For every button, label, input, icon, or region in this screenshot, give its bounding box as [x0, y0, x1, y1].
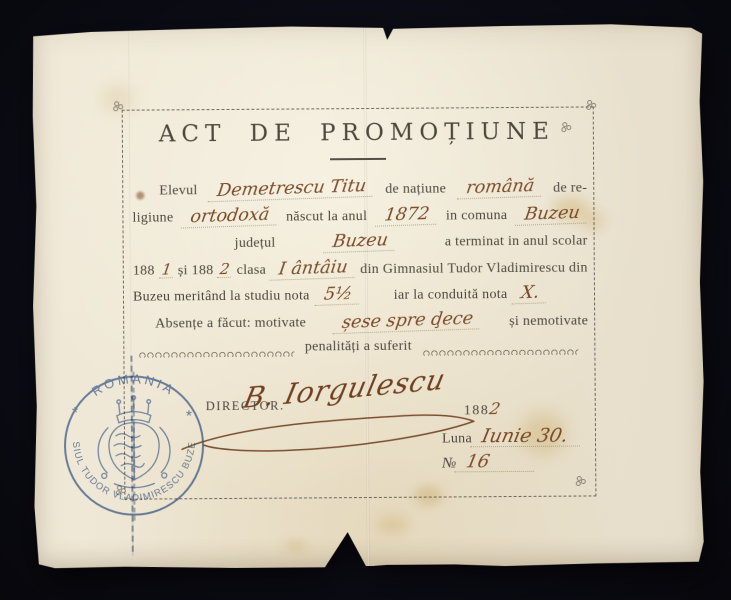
photo-of-certificate: { "colors":{"background":"#0c0c16","pape…: [0, 0, 731, 600]
year-handwritten: 2: [488, 401, 501, 417]
squiggle-line: [422, 347, 579, 355]
foxing-stain: [285, 539, 307, 551]
corner-ornament: [585, 98, 599, 112]
luna-value-handwritten: Iunie 30.: [470, 427, 584, 448]
printed-text: Absențe a făcut: motivate: [155, 315, 306, 332]
form-line: Absențe a făcut: motivateșese spre ḑeceș…: [128, 311, 588, 341]
squiggle-line: [138, 349, 295, 357]
date-block: 1882 Luna Iunie 30. № 16: [442, 400, 603, 479]
form-line: penalități a suferit: [128, 337, 588, 367]
coat-of-arms-icon: [98, 396, 170, 488]
printed-text: Buzeu meritând la studiu nota: [133, 288, 310, 305]
year-printed: 188: [464, 403, 490, 419]
form-line: Buzeu meritând la studiu nota5½iar la co…: [128, 284, 588, 314]
form-line: județulBuzeua terminat in anul scolar: [128, 231, 588, 261]
title-divider: [330, 158, 386, 160]
printed-text: și nemotivate: [509, 313, 588, 330]
handwritten-text: X.: [512, 284, 549, 304]
handwritten-text: 1872: [375, 205, 438, 226]
printed-text: de națiune: [385, 181, 446, 197]
corner-ornament: [112, 100, 126, 114]
printed-text: Elevul: [159, 183, 197, 199]
handwritten-text: 1: [158, 262, 174, 278]
luna-label: Luna: [442, 431, 472, 447]
signature-flourish: [174, 401, 484, 463]
printed-text: județul: [235, 236, 276, 252]
printed-text: clasa: [237, 262, 267, 278]
form-line: ElevulDemetrescu Titude națiuneromânăde …: [127, 178, 587, 208]
printed-text: iar la conduită nota: [394, 287, 508, 304]
handwritten-text: Demetrescu Titu: [208, 178, 376, 202]
printed-text: penalități a suferit: [305, 339, 412, 356]
certificate-paper: ACT DE PROMOȚIUNE ElevulDemetrescu Titud…: [31, 22, 707, 571]
date-year-row: 1882: [442, 400, 602, 427]
handwritten-text: 5½: [314, 285, 361, 305]
form-line: 1881și 1882clasaI ântâiudin Gimnasiul Tu…: [128, 258, 588, 288]
handwritten-text: șese spre ḑece: [333, 310, 483, 333]
printed-text: 188: [133, 263, 155, 279]
star-icon: *: [72, 405, 78, 422]
certificate-paper-wrap: ACT DE PROMOȚIUNE ElevulDemetrescu Titud…: [31, 22, 707, 571]
printed-text: și 188: [178, 263, 214, 279]
number-value-handwritten: 16: [455, 453, 539, 473]
printed-text: a terminat in anul scolar: [445, 233, 588, 250]
handwritten-text: I ântâiu: [269, 258, 357, 279]
date-month-row: Luna Iunie 30.: [442, 426, 602, 453]
printed-text: de re-: [553, 180, 587, 196]
printed-text: din Gimnasiul Tudor Vladimirescu din: [360, 260, 588, 278]
certificate-title: ACT DE PROMOȚIUNE: [122, 118, 592, 147]
date-number-row: № 16: [442, 452, 602, 479]
handwritten-text: română: [456, 178, 543, 199]
printed-text: născut la anul: [286, 209, 367, 226]
handwritten-text: ortodoxă: [181, 206, 279, 228]
printed-text: in comuna: [446, 208, 508, 224]
certificate-body: ElevulDemetrescu Titude națiuneromânăde …: [127, 178, 588, 367]
handwritten-text: Buzeu: [323, 232, 397, 253]
handwritten-text: Buzeu: [515, 204, 589, 225]
handwritten-text: 2: [217, 261, 233, 277]
printed-text: ligiune: [132, 210, 173, 226]
foxing-stain: [377, 516, 409, 534]
